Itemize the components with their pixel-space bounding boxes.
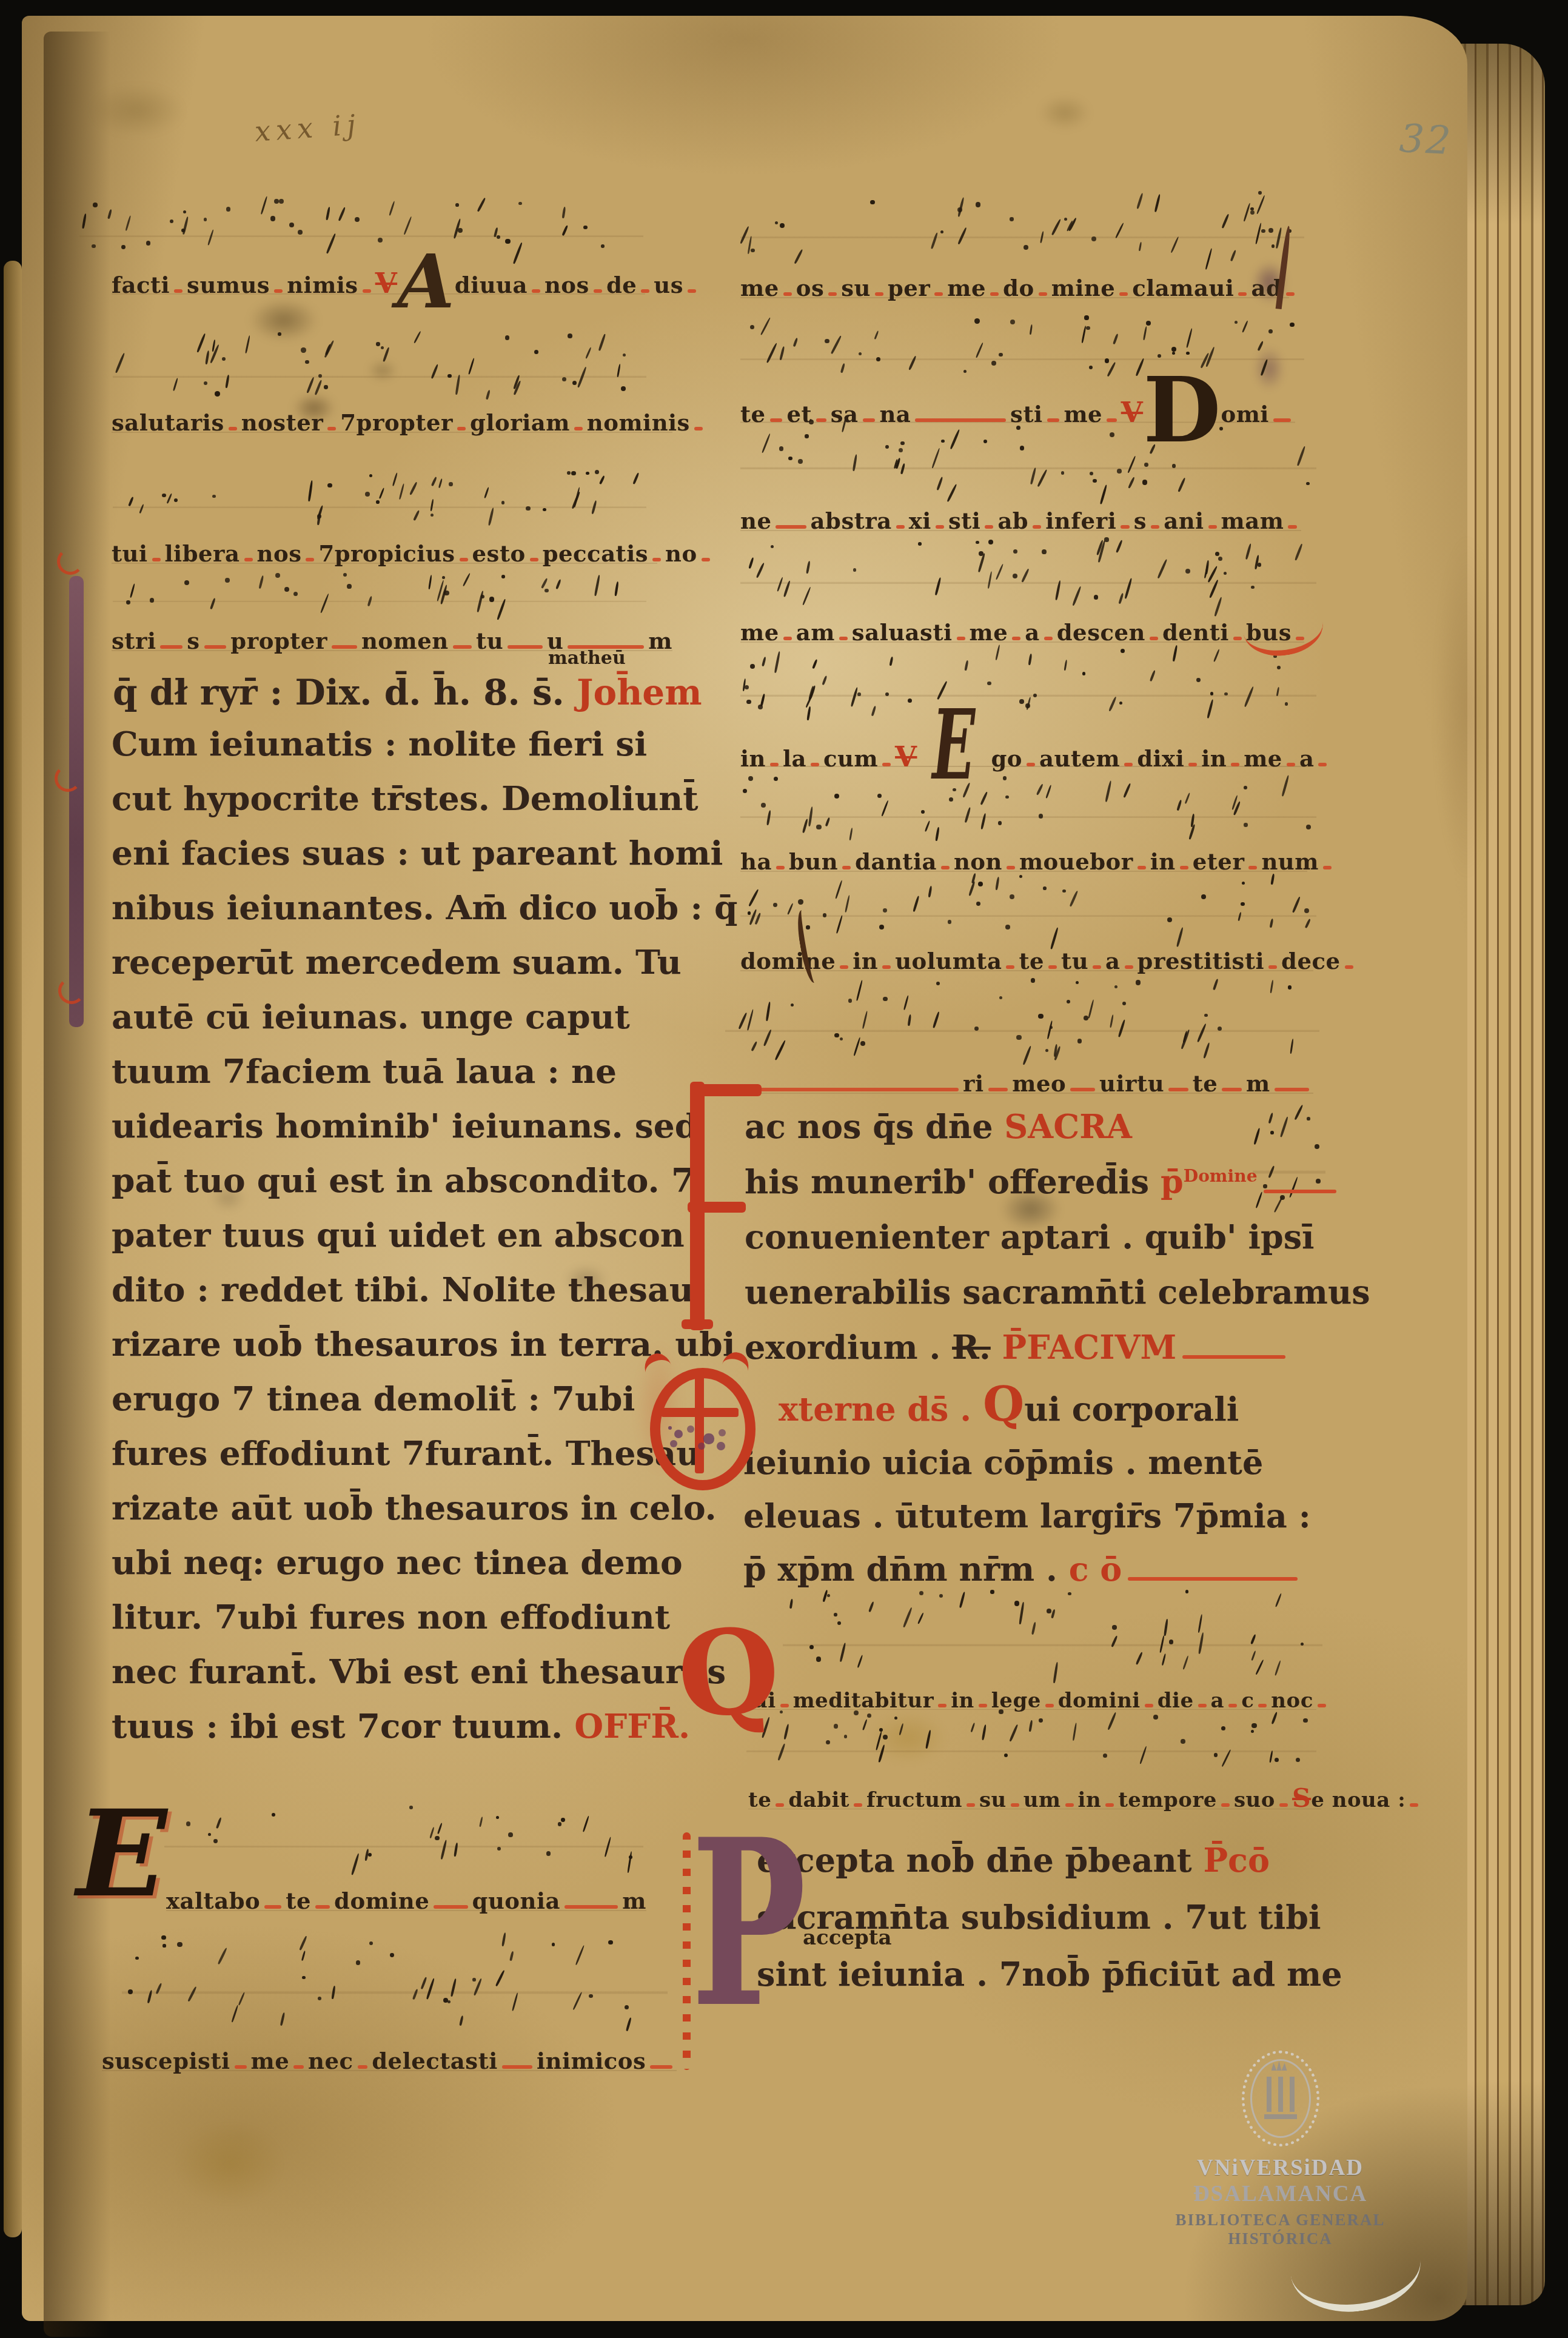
watermark-line-1: VNiVERSiDAD [1145,2155,1415,2181]
margin-bar-ornament [69,576,84,1027]
interlinear-note: matheū [548,648,626,669]
vere-dignum-monogram-initial [644,1355,759,1485]
watermark-line-2: ÐSALAMANCA [1145,2181,1415,2207]
margin-flourish-icon [57,548,84,575]
interlinear-note: accepta [803,1926,892,1950]
left-leaf-edge [4,261,22,2237]
initial-p-percepta: P [691,1809,806,2038]
margin-flourish-icon [55,765,81,792]
university-seal-icon [1242,2051,1319,2146]
manuscript-photo: xxx ij 32 factisumusnimisVAdiuuanosdeuss… [0,0,1568,2338]
library-watermark: VNiVERSiDAD ÐSALAMANCA BIBLIOTECA GENERA… [1145,2051,1415,2248]
initial-p-dot-ornament [683,1832,691,2070]
page-edges-stack [1454,44,1545,2305]
initial-e-exaltabo: E [76,1795,167,1914]
parchment-page: xxx ij 32 factisumusnimisVAdiuuanosdeuss… [22,16,1467,2321]
margin-flourish-icon [58,977,85,1004]
initial-q-qui-meditabitur: Q [674,1612,783,1735]
